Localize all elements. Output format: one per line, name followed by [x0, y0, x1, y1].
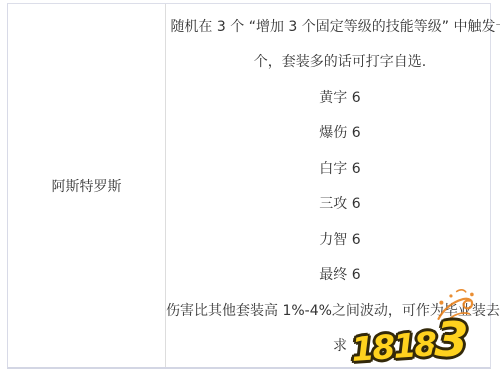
set-effect-line: 力智 6	[166, 221, 500, 257]
set-effect-line: 伤害比其他套装高 1%-4%之间波动，可作为毕业装去追	[166, 292, 500, 328]
page: 阿斯特罗斯 随机在 3 个 “增加 3 个固定等级的技能等级” 中触发一 个，套…	[0, 0, 500, 379]
set-effect-cell: 随机在 3 个 “增加 3 个固定等级的技能等级” 中触发一 个，套装多的话可打…	[166, 4, 500, 367]
equipment-set-table: 阿斯特罗斯 随机在 3 个 “增加 3 个固定等级的技能等级” 中触发一 个，套…	[7, 3, 491, 369]
set-name-label: 阿斯特罗斯	[52, 176, 122, 196]
set-effect-line: 爆伤 6	[166, 115, 500, 151]
set-effect-line: 白字 6	[166, 150, 500, 186]
set-effect-line: 个，套装多的话可打字自选.	[166, 44, 500, 80]
set-name-cell: 阿斯特罗斯	[8, 4, 166, 367]
set-effect-line: 随机在 3 个 “增加 3 个固定等级的技能等级” 中触发一	[166, 8, 500, 44]
set-effect-line: 最终 6	[166, 257, 500, 293]
set-effect-line: 三攻 6	[166, 186, 500, 222]
set-effect-line: 求	[166, 328, 500, 364]
set-effect-line: 黄字 6	[166, 79, 500, 115]
